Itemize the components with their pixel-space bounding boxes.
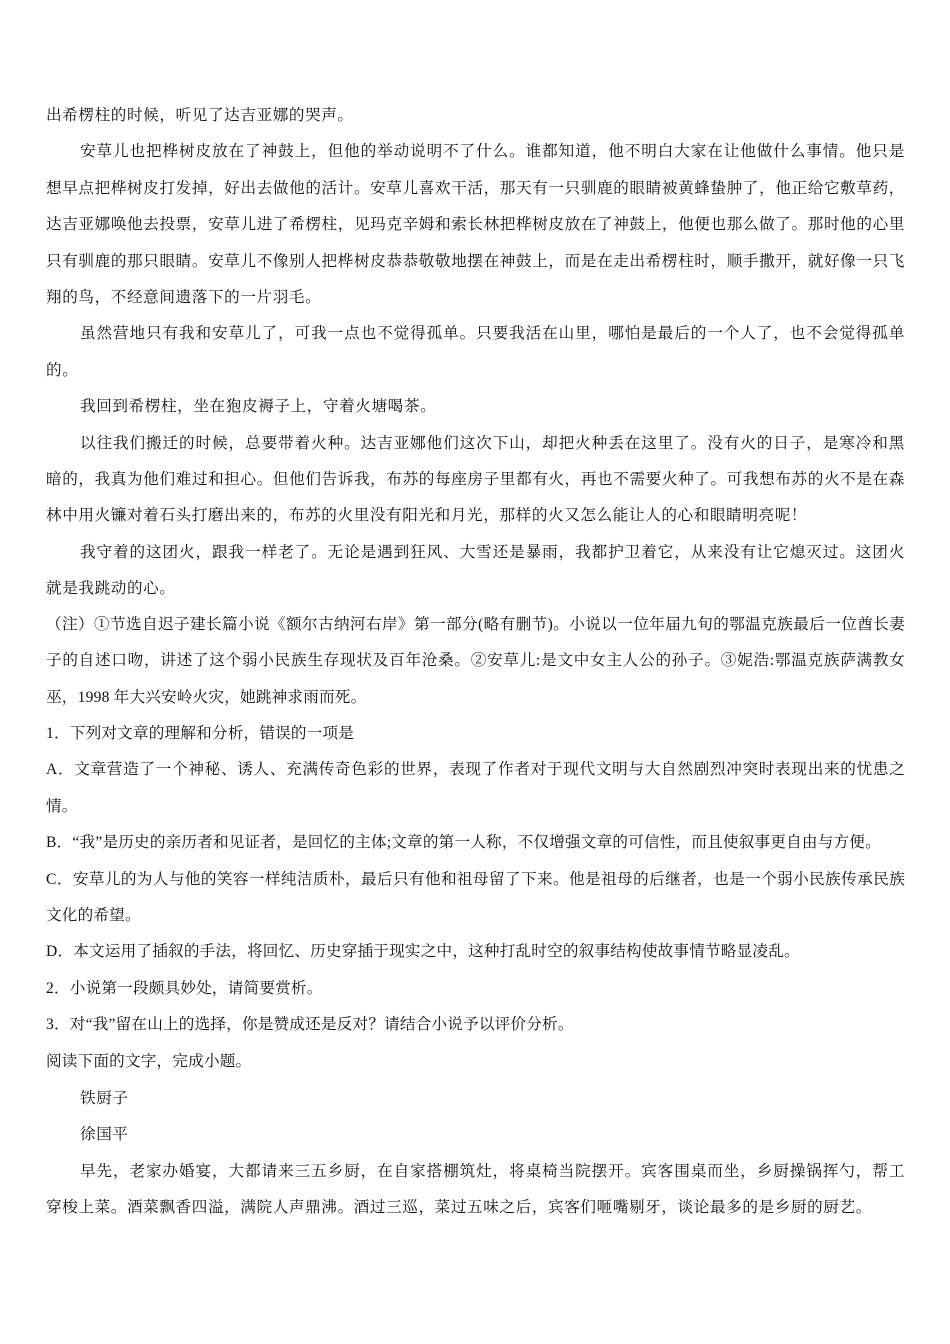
option-text: “我”是历史的亲历者和见证者，是回忆的主体;文章的第一人称，不仅增强文章的可信性…	[72, 834, 880, 851]
option-label: B．	[46, 834, 72, 851]
article-paragraph: 早先，老家办婚宴，大都请来三五乡厨，在自家搭棚筑灶，将桌椅当院摆开。宾客围桌而坐…	[46, 1153, 905, 1226]
footnote: （注）①节选自迟子建长篇小说《额尔古纳河右岸》第一部分(略有删节)。小说以一位年…	[46, 607, 905, 716]
option-b: B．“我”是历史的亲历者和见证者，是回忆的主体;文章的第一人称，不仅增强文章的可…	[46, 825, 905, 861]
questions: 1．下列对文章的理解和分析，错误的一项是 A．文章营造了一个神秘、诱人、充满传奇…	[46, 716, 905, 1044]
option-text: 本文运用了插叙的手法，将回忆、历史穿插于现实之中，这种打乱时空的叙事结构使故事情…	[73, 943, 800, 960]
story-paragraph: 我回到希楞柱，坐在狍皮褥子上，守着火塘喝茶。	[46, 388, 905, 424]
story-excerpt: 出希楞柱的时候，听见了达吉亚娜的哭声。 安草儿也把桦树皮放在了神鼓上，但他的举动…	[46, 97, 905, 716]
section-instruction: 阅读下面的文字，完成小题。	[46, 1044, 905, 1080]
option-c: C．安草儿的为人与他的笑容一样纯洁质朴，最后只有他和祖母留了下来。他是祖母的后继…	[46, 862, 905, 935]
reading-section-2: 阅读下面的文字，完成小题。 铁厨子 徐国平 早先，老家办婚宴，大都请来三五乡厨，…	[46, 1044, 905, 1226]
option-label: D．	[46, 943, 73, 960]
question-3-stem: 3．对“我”留在山上的选择，你是赞成还是反对？请结合小说予以评价分析。	[46, 1007, 905, 1043]
option-label: A．	[46, 761, 74, 778]
option-text: 文章营造了一个神秘、诱人、充满传奇色彩的世界，表现了作者对于现代文明与大自然剧烈…	[46, 761, 905, 814]
document-page: 出希楞柱的时候，听见了达吉亚娜的哭声。 安草儿也把桦树皮放在了神鼓上，但他的举动…	[46, 97, 905, 1226]
option-text: 安草儿的为人与他的笑容一样纯洁质朴，最后只有他和祖母留了下来。他是祖母的后继者，…	[46, 871, 905, 924]
story-paragraph: 虽然营地只有我和安草儿了，可我一点也不觉得孤单。只要我活在山里，哪怕是最后的一个…	[46, 315, 905, 388]
option-label: C．	[46, 871, 73, 888]
question-1-stem: 1．下列对文章的理解和分析，错误的一项是	[46, 716, 905, 752]
story-paragraph: 安草儿也把桦树皮放在了神鼓上，但他的举动说明不了什么。谁都知道，他不明白大家在让…	[46, 133, 905, 315]
option-a: A．文章营造了一个神秘、诱人、充满传奇色彩的世界，表现了作者对于现代文明与大自然…	[46, 752, 905, 825]
article-title: 铁厨子	[46, 1080, 905, 1116]
story-paragraph: 我守着的这团火，跟我一样老了。无论是遇到狂风、大雪还是暴雨，我都护卫着它，从来没…	[46, 534, 905, 607]
article-author: 徐国平	[46, 1116, 905, 1152]
story-paragraph: 以往我们搬迁的时候，总要带着火种。达吉亚娜他们这次下山，却把火种丢在这里了。没有…	[46, 425, 905, 534]
story-paragraph: 出希楞柱的时候，听见了达吉亚娜的哭声。	[46, 97, 905, 133]
option-d: D．本文运用了插叙的手法，将回忆、历史穿插于现实之中，这种打乱时空的叙事结构使故…	[46, 934, 905, 970]
question-2-stem: 2．小说第一段颇具妙处，请简要赏析。	[46, 971, 905, 1007]
